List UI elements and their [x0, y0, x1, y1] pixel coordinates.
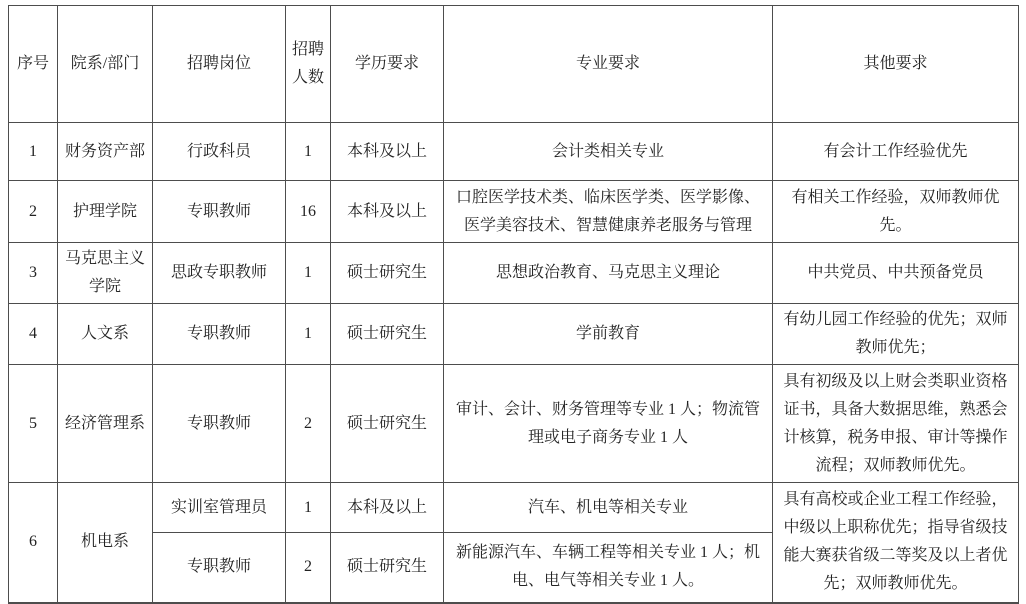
header-row: 序号 院系/部门 招聘岗位 招聘人数 学历要求 专业要求 其他要求 [9, 6, 1019, 123]
cell-other: 具有高校或企业工程工作经验，中级以上职称优先；指导省级技能大赛获省级二等奖及以上… [773, 483, 1019, 603]
cell-education: 硕士研究生 [331, 304, 444, 365]
cell-education: 硕士研究生 [331, 533, 444, 603]
cell-position: 实训室管理员 [153, 483, 286, 533]
header-position: 招聘岗位 [153, 6, 286, 123]
cell-serial: 1 [9, 123, 58, 181]
table-row: 3 马克思主义学院 思政专职教师 1 硕士研究生 思想政治教育、马克思主义理论 … [9, 243, 1019, 304]
cell-major: 口腔医学技术类、临床医学类、医学影像、医学美容技术、智慧健康养老服务与管理 [444, 181, 773, 243]
header-serial: 序号 [9, 6, 58, 123]
cell-headcount: 16 [286, 181, 331, 243]
recruitment-table: 序号 院系/部门 招聘岗位 招聘人数 学历要求 专业要求 其他要求 1 财务资产… [8, 5, 1019, 604]
header-education: 学历要求 [331, 6, 444, 123]
cell-position: 专职教师 [153, 181, 286, 243]
cell-major: 新能源汽车、车辆工程等相关专业 1 人；机电、电气等相关专业 1 人。 [444, 533, 773, 603]
cell-headcount: 1 [286, 243, 331, 304]
cell-serial: 3 [9, 243, 58, 304]
cell-department: 人文系 [58, 304, 153, 365]
cell-department: 财务资产部 [58, 123, 153, 181]
cell-department: 机电系 [58, 483, 153, 603]
cell-major: 思想政治教育、马克思主义理论 [444, 243, 773, 304]
cell-serial: 6 [9, 483, 58, 603]
recruitment-table-container: 序号 院系/部门 招聘岗位 招聘人数 学历要求 专业要求 其他要求 1 财务资产… [8, 5, 1019, 604]
table-row: 6 机电系 实训室管理员 1 本科及以上 汽车、机电等相关专业 具有高校或企业工… [9, 483, 1019, 533]
cell-education: 硕士研究生 [331, 365, 444, 483]
header-other: 其他要求 [773, 6, 1019, 123]
cell-position: 专职教师 [153, 365, 286, 483]
cell-education: 本科及以上 [331, 181, 444, 243]
cell-serial: 5 [9, 365, 58, 483]
cell-education: 硕士研究生 [331, 243, 444, 304]
cell-major: 学前教育 [444, 304, 773, 365]
cell-education: 本科及以上 [331, 123, 444, 181]
cell-serial: 4 [9, 304, 58, 365]
header-major: 专业要求 [444, 6, 773, 123]
cell-department: 马克思主义学院 [58, 243, 153, 304]
cell-position: 思政专职教师 [153, 243, 286, 304]
cell-other: 有幼儿园工作经验的优先；双师教师优先； [773, 304, 1019, 365]
cell-education: 本科及以上 [331, 483, 444, 533]
cell-headcount: 1 [286, 304, 331, 365]
cell-other: 有会计工作经验优先 [773, 123, 1019, 181]
cell-serial: 2 [9, 181, 58, 243]
cell-position: 专职教师 [153, 533, 286, 603]
cell-major: 会计类相关专业 [444, 123, 773, 181]
cell-major: 汽车、机电等相关专业 [444, 483, 773, 533]
cell-position: 专职教师 [153, 304, 286, 365]
cell-department: 护理学院 [58, 181, 153, 243]
table-row: 5 经济管理系 专职教师 2 硕士研究生 审计、会计、财务管理等专业 1 人；物… [9, 365, 1019, 483]
header-headcount: 招聘人数 [286, 6, 331, 123]
cell-major: 审计、会计、财务管理等专业 1 人；物流管理或电子商务专业 1 人 [444, 365, 773, 483]
cell-headcount: 1 [286, 483, 331, 533]
cell-department: 经济管理系 [58, 365, 153, 483]
header-department: 院系/部门 [58, 6, 153, 123]
table-row: 1 财务资产部 行政科员 1 本科及以上 会计类相关专业 有会计工作经验优先 [9, 123, 1019, 181]
cell-other: 有相关工作经验，双师教师优先。 [773, 181, 1019, 243]
cell-position: 行政科员 [153, 123, 286, 181]
cell-other: 中共党员、中共预备党员 [773, 243, 1019, 304]
cell-other: 具有初级及以上财会类职业资格证书，具备大数据思维，熟悉会计核算，税务申报、审计等… [773, 365, 1019, 483]
table-row: 2 护理学院 专职教师 16 本科及以上 口腔医学技术类、临床医学类、医学影像、… [9, 181, 1019, 243]
cell-headcount: 1 [286, 123, 331, 181]
cell-headcount: 2 [286, 365, 331, 483]
table-row: 4 人文系 专职教师 1 硕士研究生 学前教育 有幼儿园工作经验的优先；双师教师… [9, 304, 1019, 365]
cell-headcount: 2 [286, 533, 331, 603]
